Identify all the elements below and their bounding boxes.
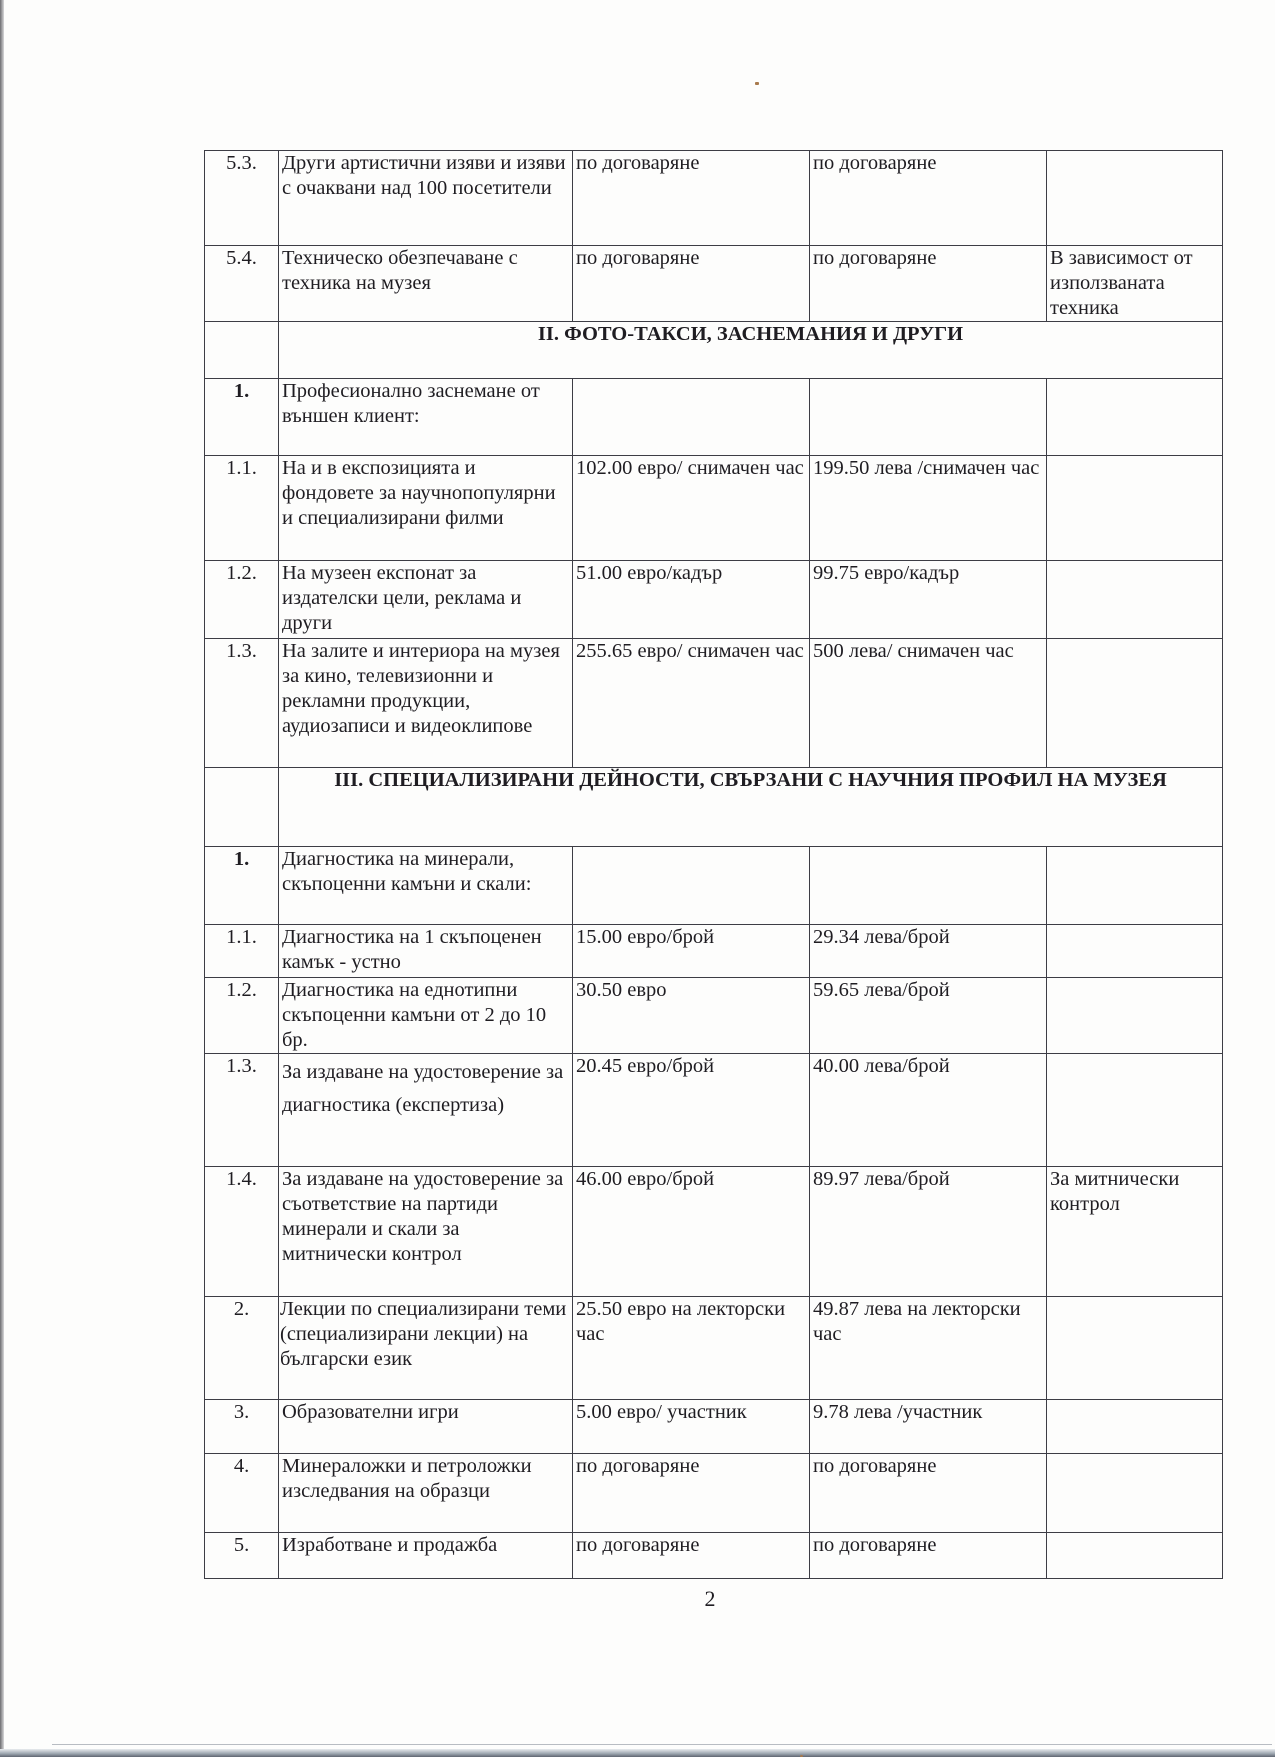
row-number: 4. bbox=[205, 1454, 279, 1533]
price-eur: по договаряне bbox=[573, 246, 810, 322]
price-bgn: по договаряне bbox=[810, 1533, 1047, 1579]
price-bgn: 9.78 лева /участник bbox=[810, 1400, 1047, 1454]
row-note bbox=[1047, 1297, 1223, 1400]
row-number: 1.1. bbox=[205, 925, 279, 978]
row-description: Други артистични изяви и изяви с очакван… bbox=[279, 151, 573, 246]
section-row: II. ФОТО-ТАКСИ, ЗАСНЕМАНИЯ И ДРУГИ bbox=[205, 322, 1223, 379]
price-bgn: 29.34 лева/брой bbox=[810, 925, 1047, 978]
row-description: Диагностика на 1 скъпоценен камък - устн… bbox=[279, 925, 573, 978]
row-note bbox=[1047, 151, 1223, 246]
row-description: На музеен експонат за издателски цели, р… bbox=[279, 561, 573, 639]
price-bgn: 59.65 лева/брой bbox=[810, 978, 1047, 1054]
row-number: 5.4. bbox=[205, 246, 279, 322]
table-row: 1. Професионално заснемане от външен кли… bbox=[205, 379, 1223, 456]
section-spacer bbox=[205, 768, 279, 847]
price-eur: по договаряне bbox=[573, 151, 810, 246]
price-eur: 30.50 евро bbox=[573, 978, 810, 1054]
fees-table: 5.3. Други артистични изяви и изяви с оч… bbox=[204, 150, 1223, 1579]
table-row: 1.1. На и в експозицията и фондовете за … bbox=[205, 456, 1223, 561]
price-eur: 5.00 евро/ участник bbox=[573, 1400, 810, 1454]
table-row: 3. Образователни игри 5.00 евро/ участни… bbox=[205, 1400, 1223, 1454]
table-row: 1.3. За издаване на удостоверение за диа… bbox=[205, 1054, 1223, 1167]
row-note bbox=[1047, 456, 1223, 561]
row-description: На и в експозицията и фондовете за научн… bbox=[279, 456, 573, 561]
price-eur: 25.50 евро на лекторски час bbox=[573, 1297, 810, 1400]
row-number: 1. bbox=[205, 379, 279, 456]
scan-speck bbox=[755, 82, 759, 85]
price-bgn bbox=[810, 379, 1047, 456]
section-heading: III. СПЕЦИАЛИЗИРАНИ ДЕЙНОСТИ, СВЪРЗАНИ С… bbox=[279, 768, 1223, 847]
row-number: 1.4. bbox=[205, 1167, 279, 1297]
price-eur: 255.65 евро/ снимачен час bbox=[573, 639, 810, 768]
section-row: III. СПЕЦИАЛИЗИРАНИ ДЕЙНОСТИ, СВЪРЗАНИ С… bbox=[205, 768, 1223, 847]
table-row: 2. Лекции по специализирани теми (специа… bbox=[205, 1297, 1223, 1400]
price-eur: 20.45 евро/брой bbox=[573, 1054, 810, 1167]
price-bgn: по договаряне bbox=[810, 246, 1047, 322]
table-row: 1.4. За издаване на удостоверение за съо… bbox=[205, 1167, 1223, 1297]
table-row: 1.1. Диагностика на 1 скъпоценен камък -… bbox=[205, 925, 1223, 978]
row-note: За митнически контрол bbox=[1047, 1167, 1223, 1297]
row-note bbox=[1047, 561, 1223, 639]
price-eur: 46.00 евро/брой bbox=[573, 1167, 810, 1297]
row-description: Диагностика на еднотипни скъпоценни камъ… bbox=[279, 978, 573, 1054]
price-eur: по договаряне bbox=[573, 1454, 810, 1533]
row-note bbox=[1047, 925, 1223, 978]
row-description: Техническо обезпечаване с техника на муз… bbox=[279, 246, 573, 322]
row-note bbox=[1047, 379, 1223, 456]
price-bgn: по договаряне bbox=[810, 1454, 1047, 1533]
table-row: 1. Диагностика на минерали, скъпоценни к… bbox=[205, 847, 1223, 925]
price-eur bbox=[573, 379, 810, 456]
row-description: За издаване на удостоверение за диагност… bbox=[279, 1054, 573, 1167]
row-number: 1.3. bbox=[205, 1054, 279, 1167]
row-number: 1.2. bbox=[205, 978, 279, 1054]
price-eur: 51.00 евро/кадър bbox=[573, 561, 810, 639]
row-description: За издаване на удостоверение за съответс… bbox=[279, 1167, 573, 1297]
row-description: На залите и интериора на музея за кино, … bbox=[279, 639, 573, 768]
row-number: 2. bbox=[205, 1297, 279, 1400]
table-row: 5.3. Други артистични изяви и изяви с оч… bbox=[205, 151, 1223, 246]
row-note bbox=[1047, 1400, 1223, 1454]
price-eur: по договаряне bbox=[573, 1533, 810, 1579]
table-row: 1.2. На музеен експонат за издателски це… bbox=[205, 561, 1223, 639]
price-eur: 102.00 евро/ снимачен час bbox=[573, 456, 810, 561]
row-description: Минераложки и петроложки изследвания на … bbox=[279, 1454, 573, 1533]
section-spacer bbox=[205, 322, 279, 379]
scan-edge-bottom bbox=[0, 1749, 1275, 1757]
section-heading: II. ФОТО-ТАКСИ, ЗАСНЕМАНИЯ И ДРУГИ bbox=[279, 322, 1223, 379]
row-number: 1.1. bbox=[205, 456, 279, 561]
price-bgn: 89.97 лева/брой bbox=[810, 1167, 1047, 1297]
price-bgn: по договаряне bbox=[810, 151, 1047, 246]
price-bgn: 199.50 лева /снимачен час bbox=[810, 456, 1047, 561]
table-row: 5. Изработване и продажба по договаряне … bbox=[205, 1533, 1223, 1579]
row-note bbox=[1047, 1454, 1223, 1533]
row-number: 5. bbox=[205, 1533, 279, 1579]
row-number: 1. bbox=[205, 847, 279, 925]
table-row: 5.4. Техническо обезпечаване с техника н… bbox=[205, 246, 1223, 322]
price-bgn: 40.00 лева/брой bbox=[810, 1054, 1047, 1167]
row-description: Изработване и продажба bbox=[279, 1533, 573, 1579]
price-bgn: 500 лева/ снимачен час bbox=[810, 639, 1047, 768]
scan-edge-left bbox=[0, 0, 4, 1757]
price-eur bbox=[573, 847, 810, 925]
row-note bbox=[1047, 1054, 1223, 1167]
row-description: Професионално заснемане от външен клиент… bbox=[279, 379, 573, 456]
row-number: 1.3. bbox=[205, 639, 279, 768]
row-number: 5.3. bbox=[205, 151, 279, 246]
row-note: В зависимост от използваната техника bbox=[1047, 246, 1223, 322]
row-note bbox=[1047, 1533, 1223, 1579]
price-bgn: 99.75 евро/кадър bbox=[810, 561, 1047, 639]
scan-line-bottom bbox=[52, 1744, 1272, 1745]
price-eur: 15.00 евро/брой bbox=[573, 925, 810, 978]
row-note bbox=[1047, 978, 1223, 1054]
row-note bbox=[1047, 639, 1223, 768]
table-row: 1.2. Диагностика на еднотипни скъпоценни… bbox=[205, 978, 1223, 1054]
row-number: 3. bbox=[205, 1400, 279, 1454]
table-row: 4. Минераложки и петроложки изследвания … bbox=[205, 1454, 1223, 1533]
price-bgn bbox=[810, 847, 1047, 925]
row-note bbox=[1047, 847, 1223, 925]
row-description: Образователни игри bbox=[279, 1400, 573, 1454]
row-description: Лекции по специализирани теми (специализ… bbox=[279, 1297, 573, 1400]
row-number: 1.2. bbox=[205, 561, 279, 639]
row-description: Диагностика на минерали, скъпоценни камъ… bbox=[279, 847, 573, 925]
price-bgn: 49.87 лева на лекторски час bbox=[810, 1297, 1047, 1400]
page-number: 2 bbox=[0, 1586, 1275, 1612]
table-row: 1.3. На залите и интериора на музея за к… bbox=[205, 639, 1223, 768]
